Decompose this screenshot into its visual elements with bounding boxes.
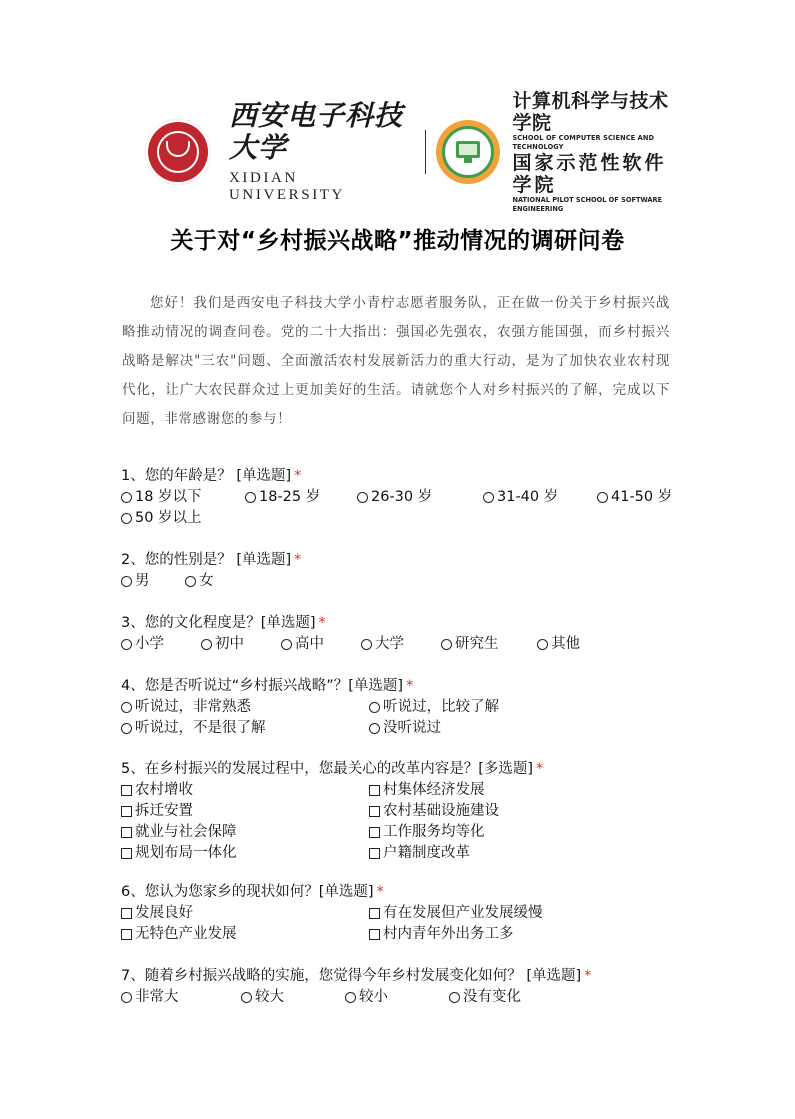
option-radio[interactable]: 18-25 岁 bbox=[245, 487, 357, 508]
option-radio[interactable]: 31-40 岁 bbox=[483, 487, 597, 508]
option-checkbox[interactable]: 发展良好 bbox=[121, 903, 369, 924]
radio-icon[interactable] bbox=[245, 492, 256, 503]
school-badge-logo bbox=[436, 120, 500, 184]
question-5: 5、在乡村振兴的发展过程中，您最关心的改革内容是？[多选题]* 农村增收 村集体… bbox=[121, 759, 701, 864]
logo-divider bbox=[425, 130, 427, 174]
required-mark: * bbox=[536, 761, 543, 777]
option-radio[interactable]: 女 bbox=[185, 571, 249, 592]
checkbox-icon[interactable] bbox=[369, 827, 380, 838]
option-radio[interactable]: 听说过，不是很了解 bbox=[121, 718, 369, 739]
question-text: 1、您的年龄是？ [单选题] bbox=[121, 468, 291, 484]
checkbox-icon[interactable] bbox=[369, 848, 380, 859]
option-radio[interactable]: 较小 bbox=[345, 987, 449, 1008]
option-radio[interactable]: 非常大 bbox=[121, 987, 241, 1008]
required-mark: * bbox=[377, 884, 384, 900]
radio-icon[interactable] bbox=[241, 992, 252, 1003]
radio-icon[interactable] bbox=[449, 992, 460, 1003]
radio-icon[interactable] bbox=[121, 992, 132, 1003]
question-3: 3、您的文化程度是？[单选题]* 小学 初中 高中 大学 研究生 其他 bbox=[121, 613, 701, 655]
checkbox-icon[interactable] bbox=[369, 929, 380, 940]
checkbox-icon[interactable] bbox=[121, 929, 132, 940]
university-name: 西安电子科技大学 XIDIAN UNIVERSITY bbox=[229, 100, 415, 204]
required-mark: * bbox=[294, 552, 301, 568]
radio-icon[interactable] bbox=[361, 639, 372, 650]
required-mark: * bbox=[406, 678, 413, 694]
question-4: 4、您是否听说过“乡村振兴战略”？[单选题]* 听说过，非常熟悉 听说过，比较了… bbox=[121, 676, 701, 739]
school-name-en-2: NATIONAL PILOT SCHOOL OF SOFTWARE ENGINE… bbox=[512, 196, 675, 214]
radio-icon[interactable] bbox=[345, 992, 356, 1003]
option-checkbox[interactable]: 村集体经济发展 bbox=[369, 780, 617, 801]
radio-icon[interactable] bbox=[121, 513, 132, 524]
intro-paragraph: 您好！我们是西安电子科技大学小青柠志愿者服务队，正在做一份关于乡村振兴战略推动情… bbox=[122, 289, 670, 434]
survey-page: 西安电子科技大学 XIDIAN UNIVERSITY 计算机科学与技术学院 SC… bbox=[0, 0, 795, 1119]
checkbox-icon[interactable] bbox=[121, 806, 132, 817]
radio-icon[interactable] bbox=[121, 702, 132, 713]
option-radio[interactable]: 大学 bbox=[361, 634, 441, 655]
question-text: 7、随着乡村振兴战略的实施，您觉得今年乡村发展变化如何？ [单选题] bbox=[121, 968, 581, 984]
radio-icon[interactable] bbox=[483, 492, 494, 503]
option-radio[interactable]: 没听说过 bbox=[369, 718, 617, 739]
radio-icon[interactable] bbox=[121, 723, 132, 734]
question-6: 6、您认为您家乡的现状如何？[单选题]* 发展良好 有在发展但产业发展缓慢 无特… bbox=[121, 882, 701, 945]
option-checkbox[interactable]: 拆迁安置 bbox=[121, 801, 369, 822]
xidian-seal-logo bbox=[145, 119, 211, 185]
option-radio[interactable]: 男 bbox=[121, 571, 185, 592]
option-radio[interactable]: 初中 bbox=[201, 634, 281, 655]
radio-icon[interactable] bbox=[121, 492, 132, 503]
option-radio[interactable]: 没有变化 bbox=[449, 987, 569, 1008]
checkbox-icon[interactable] bbox=[369, 908, 380, 919]
checkbox-icon[interactable] bbox=[121, 785, 132, 796]
checkbox-icon[interactable] bbox=[369, 785, 380, 796]
option-radio[interactable]: 50 岁以上 bbox=[121, 508, 245, 529]
checkbox-icon[interactable] bbox=[121, 827, 132, 838]
checkbox-icon[interactable] bbox=[121, 848, 132, 859]
question-text: 6、您认为您家乡的现状如何？[单选题] bbox=[121, 884, 374, 900]
option-radio[interactable]: 听说过，非常熟悉 bbox=[121, 697, 369, 718]
page-title: 关于对“乡村振兴战略”推动情况的调研问卷 bbox=[0, 222, 795, 255]
radio-icon[interactable] bbox=[185, 576, 196, 587]
option-radio[interactable]: 较大 bbox=[241, 987, 345, 1008]
radio-icon[interactable] bbox=[357, 492, 368, 503]
option-radio[interactable]: 其他 bbox=[537, 634, 617, 655]
option-checkbox[interactable]: 规划布局一体化 bbox=[121, 843, 369, 864]
option-radio[interactable]: 18 岁以下 bbox=[121, 487, 245, 508]
question-7: 7、随着乡村振兴战略的实施，您觉得今年乡村发展变化如何？ [单选题]* 非常大 … bbox=[121, 966, 701, 1008]
school-name-cn-1: 计算机科学与技术学院 bbox=[512, 90, 675, 134]
radio-icon[interactable] bbox=[121, 639, 132, 650]
question-2: 2、您的性别是？ [单选题]* 男 女 bbox=[121, 550, 701, 592]
radio-icon[interactable] bbox=[121, 576, 132, 587]
option-radio[interactable]: 小学 bbox=[121, 634, 201, 655]
radio-icon[interactable] bbox=[441, 639, 452, 650]
radio-icon[interactable] bbox=[281, 639, 292, 650]
option-checkbox[interactable]: 农村基础设施建设 bbox=[369, 801, 617, 822]
question-text: 4、您是否听说过“乡村振兴战略”？[单选题] bbox=[121, 678, 403, 694]
question-1: 1、您的年龄是？ [单选题]* 18 岁以下 18-25 岁 26-30 岁 3… bbox=[121, 466, 701, 529]
option-checkbox[interactable]: 无特色产业发展 bbox=[121, 924, 369, 945]
question-text: 3、您的文化程度是？[单选题] bbox=[121, 615, 316, 631]
question-text: 5、在乡村振兴的发展过程中，您最关心的改革内容是？[多选题] bbox=[121, 761, 533, 777]
option-checkbox[interactable]: 工作服务均等化 bbox=[369, 822, 617, 843]
option-checkbox[interactable]: 就业与社会保障 bbox=[121, 822, 369, 843]
radio-icon[interactable] bbox=[369, 723, 380, 734]
option-radio[interactable]: 听说过，比较了解 bbox=[369, 697, 617, 718]
radio-icon[interactable] bbox=[537, 639, 548, 650]
option-radio[interactable]: 26-30 岁 bbox=[357, 487, 483, 508]
university-name-en: XIDIAN UNIVERSITY bbox=[229, 170, 415, 204]
option-radio[interactable]: 41-50 岁 bbox=[597, 487, 687, 508]
option-checkbox[interactable]: 村内青年外出务工多 bbox=[369, 924, 617, 945]
school-name-cn-2: 国家示范性软件学院 bbox=[512, 152, 675, 196]
university-name-cn: 西安电子科技大学 bbox=[229, 100, 415, 164]
option-checkbox[interactable]: 户籍制度改革 bbox=[369, 843, 617, 864]
radio-icon[interactable] bbox=[369, 702, 380, 713]
option-checkbox[interactable]: 农村增收 bbox=[121, 780, 369, 801]
checkbox-icon[interactable] bbox=[369, 806, 380, 817]
school-name: 计算机科学与技术学院 SCHOOL OF COMPUTER SCIENCE AN… bbox=[512, 90, 675, 214]
school-name-en-1: SCHOOL OF COMPUTER SCIENCE AND TECHNOLOG… bbox=[512, 134, 675, 152]
checkbox-icon[interactable] bbox=[121, 908, 132, 919]
question-text: 2、您的性别是？ [单选题] bbox=[121, 552, 291, 568]
option-checkbox[interactable]: 有在发展但产业发展缓慢 bbox=[369, 903, 617, 924]
header-logos: 西安电子科技大学 XIDIAN UNIVERSITY 计算机科学与技术学院 SC… bbox=[145, 116, 675, 188]
option-radio[interactable]: 高中 bbox=[281, 634, 361, 655]
radio-icon[interactable] bbox=[597, 492, 608, 503]
required-mark: * bbox=[319, 615, 326, 631]
required-mark: * bbox=[584, 968, 591, 984]
required-mark: * bbox=[294, 468, 301, 484]
radio-icon[interactable] bbox=[201, 639, 212, 650]
option-radio[interactable]: 研究生 bbox=[441, 634, 537, 655]
